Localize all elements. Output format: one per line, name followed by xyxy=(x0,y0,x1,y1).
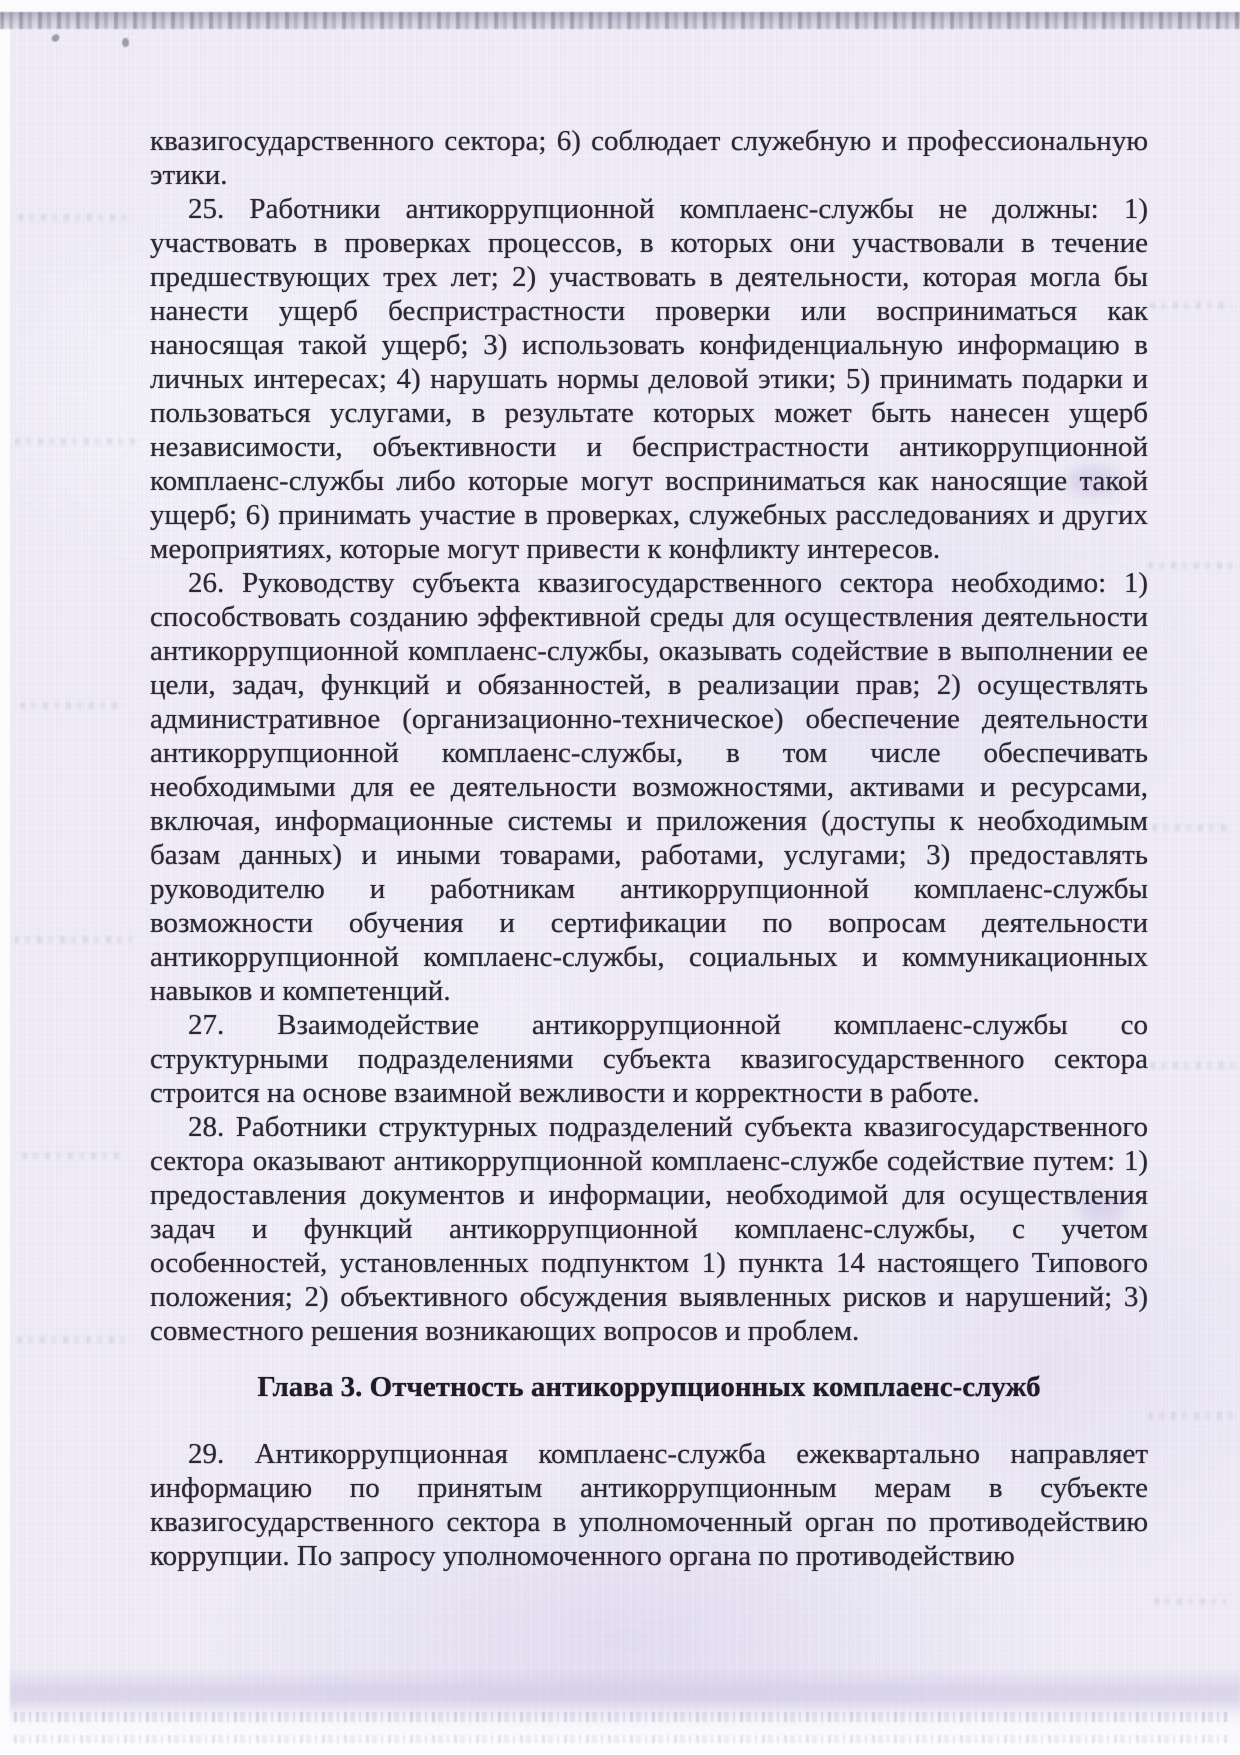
ghost-bleed-mark xyxy=(22,1152,122,1159)
paragraph-28: 28. Работники структурных подразделений … xyxy=(150,1110,1148,1348)
ghost-bleed-mark xyxy=(18,214,130,221)
document-body: квазигосударственного сектора; 6) соблюд… xyxy=(150,124,1148,1573)
ghost-bleed-mark xyxy=(20,702,124,709)
bottom-bleed-text-line xyxy=(14,1735,1230,1743)
chapter-3-heading: Глава 3. Отчетность антикоррупционных ко… xyxy=(150,1370,1148,1404)
ghost-bleed-mark xyxy=(15,438,135,445)
paragraph-29: 29. Антикоррупционная комплаенс-служба е… xyxy=(150,1437,1148,1573)
paragraph-24-continuation: квазигосударственного сектора; 6) соблюд… xyxy=(150,124,1148,192)
ghost-bleed-mark xyxy=(1150,302,1232,309)
bottom-bleed-text-line xyxy=(14,1712,1230,1722)
scan-top-edge-band xyxy=(0,12,1240,29)
ghost-bleed-mark xyxy=(1148,562,1234,569)
paragraph-25: 25. Работники антикоррупционной комплаен… xyxy=(150,192,1148,566)
ghost-bleed-mark xyxy=(1152,824,1232,831)
ghost-bleed-mark xyxy=(17,1336,129,1343)
ghost-bleed-mark xyxy=(14,936,132,943)
paragraph-26: 26. Руководству субъекта квазигосударств… xyxy=(150,566,1148,1008)
paragraph-27: 27. Взаимодействие антикоррупционной ком… xyxy=(150,1008,1148,1110)
ghost-bleed-mark xyxy=(1154,1598,1226,1605)
ghost-bleed-mark xyxy=(1148,1412,1234,1419)
ghost-bleed-mark xyxy=(1150,1062,1236,1069)
